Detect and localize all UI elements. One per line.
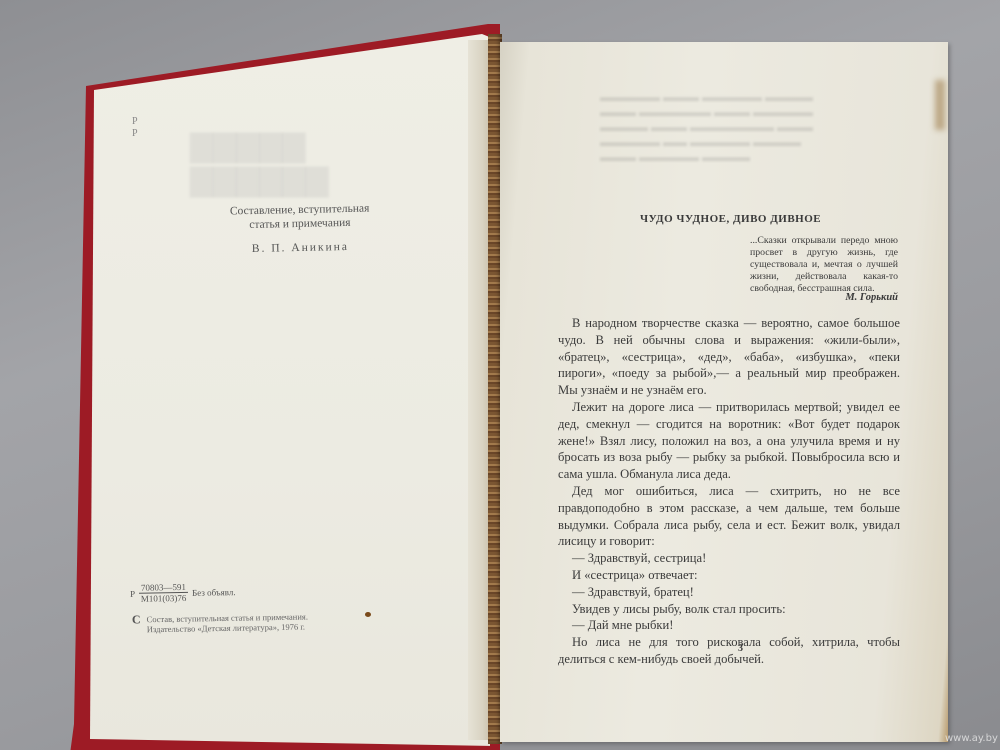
corner-mark-line: Р bbox=[132, 128, 138, 140]
page-stain bbox=[935, 80, 945, 130]
epigraph-author: М. Горький bbox=[820, 292, 898, 303]
chapter-title: ЧУДО ЧУДНОЕ, ДИВО ДИВНОЕ bbox=[640, 213, 821, 225]
dialogue-line: И «сестрица» отвечает: bbox=[558, 567, 900, 584]
imprint-suffix: Без объявл. bbox=[192, 587, 236, 598]
imprint-fraction: 70803—591 М101(03)76 bbox=[139, 582, 188, 604]
epigraph: ...Сказки открывали передо мною просвет … bbox=[750, 235, 898, 295]
corner-mark: Р Р bbox=[132, 116, 138, 140]
dialogue-line: — Дай мне рыбки! bbox=[558, 617, 900, 634]
watermark: www.ay.by bbox=[945, 733, 998, 744]
paragraph: Но лиса не для того рисковала собой, хит… bbox=[558, 634, 900, 668]
corner-mark-line: Р bbox=[132, 116, 138, 128]
dialogue-line: Увидев у лисы рыбу, волк стал просить: bbox=[558, 601, 900, 618]
copyright-icon: С bbox=[132, 614, 141, 634]
imprint-denominator: М101(03)76 bbox=[141, 593, 187, 604]
credits: Составление, вступительная статья и прим… bbox=[199, 201, 400, 257]
body-text: В народном творчестве сказка — вероятно,… bbox=[558, 315, 900, 668]
dialogue-line: — Здравствуй, сестрица! bbox=[558, 550, 900, 567]
imprint-prefix: Р bbox=[130, 588, 135, 598]
page-number: 3 bbox=[738, 643, 743, 654]
bleed-through-title: ▇▇▇▇▇▇▇▇▇▇▇ bbox=[190, 130, 328, 198]
imprint-code: Р 70803—591 М101(03)76 Без объявл. bbox=[130, 581, 236, 604]
copyright-notice: С Состав, вступительная статья и примеча… bbox=[132, 611, 308, 634]
paper-spot bbox=[365, 612, 371, 617]
imprint-numerator: 70803—591 bbox=[139, 582, 188, 594]
book-photo: ▇▇▇▇▇▇▇▇▇▇▇ ▬▬▬▬▬ ▬▬▬ ▬▬▬▬▬ ▬▬▬▬▬▬▬ ▬▬▬▬… bbox=[0, 0, 1000, 750]
paragraph: Дед мог ошибиться, лиса — схитрить, но н… bbox=[558, 483, 900, 550]
bleed-through-text: ▬▬▬▬▬ ▬▬▬ ▬▬▬▬▬ ▬▬▬▬▬▬▬ ▬▬▬▬▬▬ ▬▬▬ ▬▬▬▬▬… bbox=[600, 90, 920, 165]
paragraph: В народном творчестве сказка — вероятно,… bbox=[558, 315, 900, 399]
paragraph: Лежит на дороге лиса — притворилась мерт… bbox=[558, 399, 900, 483]
dialogue-line: — Здравствуй, братец! bbox=[558, 584, 900, 601]
